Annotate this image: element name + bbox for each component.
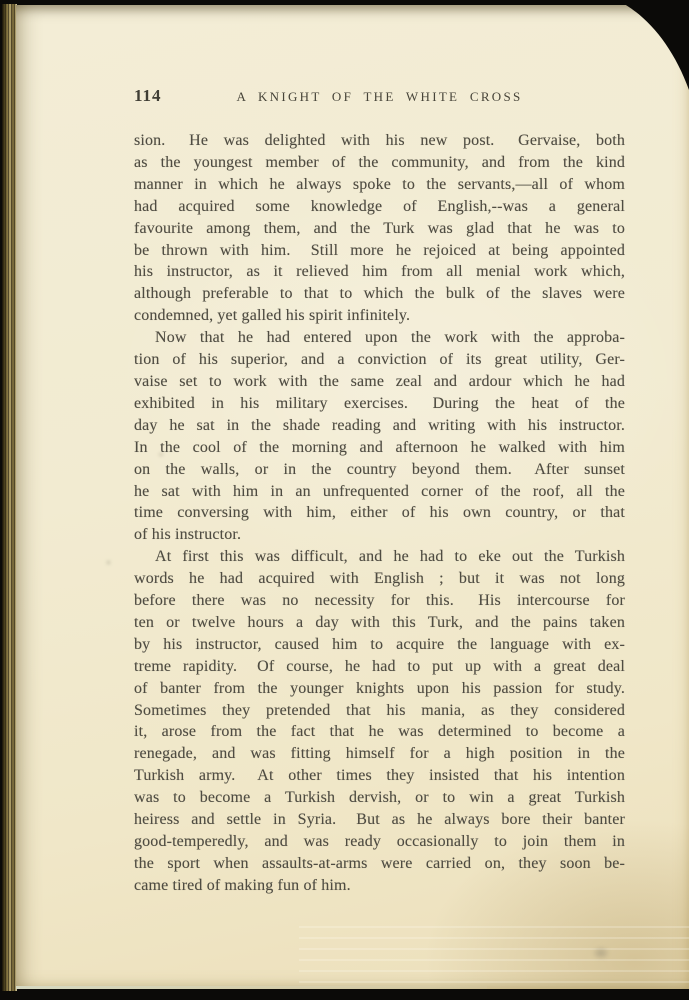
text-line: of his instructor. xyxy=(134,524,625,546)
text-line: At first this was difficult, and he had … xyxy=(134,546,625,568)
page-number: 114 xyxy=(134,86,162,106)
text-line: In the cool of the morning and afternoon… xyxy=(134,437,625,459)
text-line: before there was no necessity for this. … xyxy=(134,590,625,612)
text-line: Now that he had entered upon the work wi… xyxy=(134,327,625,349)
text-line: be thrown with him. Still more he rejoic… xyxy=(134,240,625,262)
paper-smudge xyxy=(592,946,610,960)
text-line: Sometimes they pretended that his mania,… xyxy=(134,700,625,722)
paper-speck xyxy=(158,452,164,457)
text-line: it, arose from the fact that he was dete… xyxy=(134,721,625,743)
text-line: tion of his superior, and a conviction o… xyxy=(134,349,625,371)
text-line: day he sat in the shade reading and writ… xyxy=(134,415,625,437)
paragraph: sion. He was delighted with his new post… xyxy=(134,130,625,327)
text-line: as the youngest member of the community,… xyxy=(134,152,625,174)
text-line: came tired of making fun of him. xyxy=(134,875,625,897)
text-line: treme rapidity. Of course, he had to put… xyxy=(134,656,625,678)
text-line: was to become a Turkish dervish, or to w… xyxy=(134,787,625,809)
page-body: sion. He was delighted with his new post… xyxy=(134,130,625,897)
running-title: A KNIGHT OF THE WHITE CROSS xyxy=(134,86,625,105)
text-line: he sat with him in an unfrequented corne… xyxy=(134,481,625,503)
text-line: of banter from the younger knights upon … xyxy=(134,678,625,700)
paragraph: At first this was difficult, and he had … xyxy=(134,546,625,897)
page-gutter-edge xyxy=(2,4,17,991)
book-page: 114 A KNIGHT OF THE WHITE CROSS sion. He… xyxy=(16,5,689,989)
text-line: time conversing with him, either of his … xyxy=(134,502,625,524)
running-head: 114 A KNIGHT OF THE WHITE CROSS xyxy=(134,86,625,106)
text-line: words he had acquired with English ; but… xyxy=(134,568,625,590)
paragraph: Now that he had entered upon the work wi… xyxy=(134,327,625,546)
text-line: had acquired some knowledge of English,-… xyxy=(134,196,625,218)
text-line: condemned, yet galled his spirit infinit… xyxy=(134,305,625,327)
text-line: manner in which he always spoke to the s… xyxy=(134,174,625,196)
page-bottom-edge-highlight xyxy=(16,986,487,989)
text-line: good-temperedly, and was ready occasiona… xyxy=(134,831,625,853)
text-line: heiress and settle in Syria. But as he a… xyxy=(134,809,625,831)
page-curl-streaks xyxy=(299,926,689,984)
text-line: favourite among them, and the Turk was g… xyxy=(134,218,625,240)
paper-speck xyxy=(106,560,111,565)
text-line: ten or twelve hours a day with this Turk… xyxy=(134,612,625,634)
text-line: exhibited in his military exercises. Dur… xyxy=(134,393,625,415)
text-line: on the walls, or in the country beyond t… xyxy=(134,459,625,481)
text-line: the sport when assaults-at-arms were car… xyxy=(134,853,625,875)
text-line: vaise set to work with the same zeal and… xyxy=(134,371,625,393)
text-line: his instructor, as it relieved him from … xyxy=(134,261,625,283)
text-line: although preferable to that to which the… xyxy=(134,283,625,305)
scan-background-corner xyxy=(617,0,689,90)
text-line: by his instructor, caused him to acquire… xyxy=(134,634,625,656)
text-line: renegade, and was fitting himself for a … xyxy=(134,743,625,765)
book-scan: 114 A KNIGHT OF THE WHITE CROSS sion. He… xyxy=(0,0,689,1000)
text-line: Turkish army. At other times they insist… xyxy=(134,765,625,787)
text-line: sion. He was delighted with his new post… xyxy=(134,130,625,152)
